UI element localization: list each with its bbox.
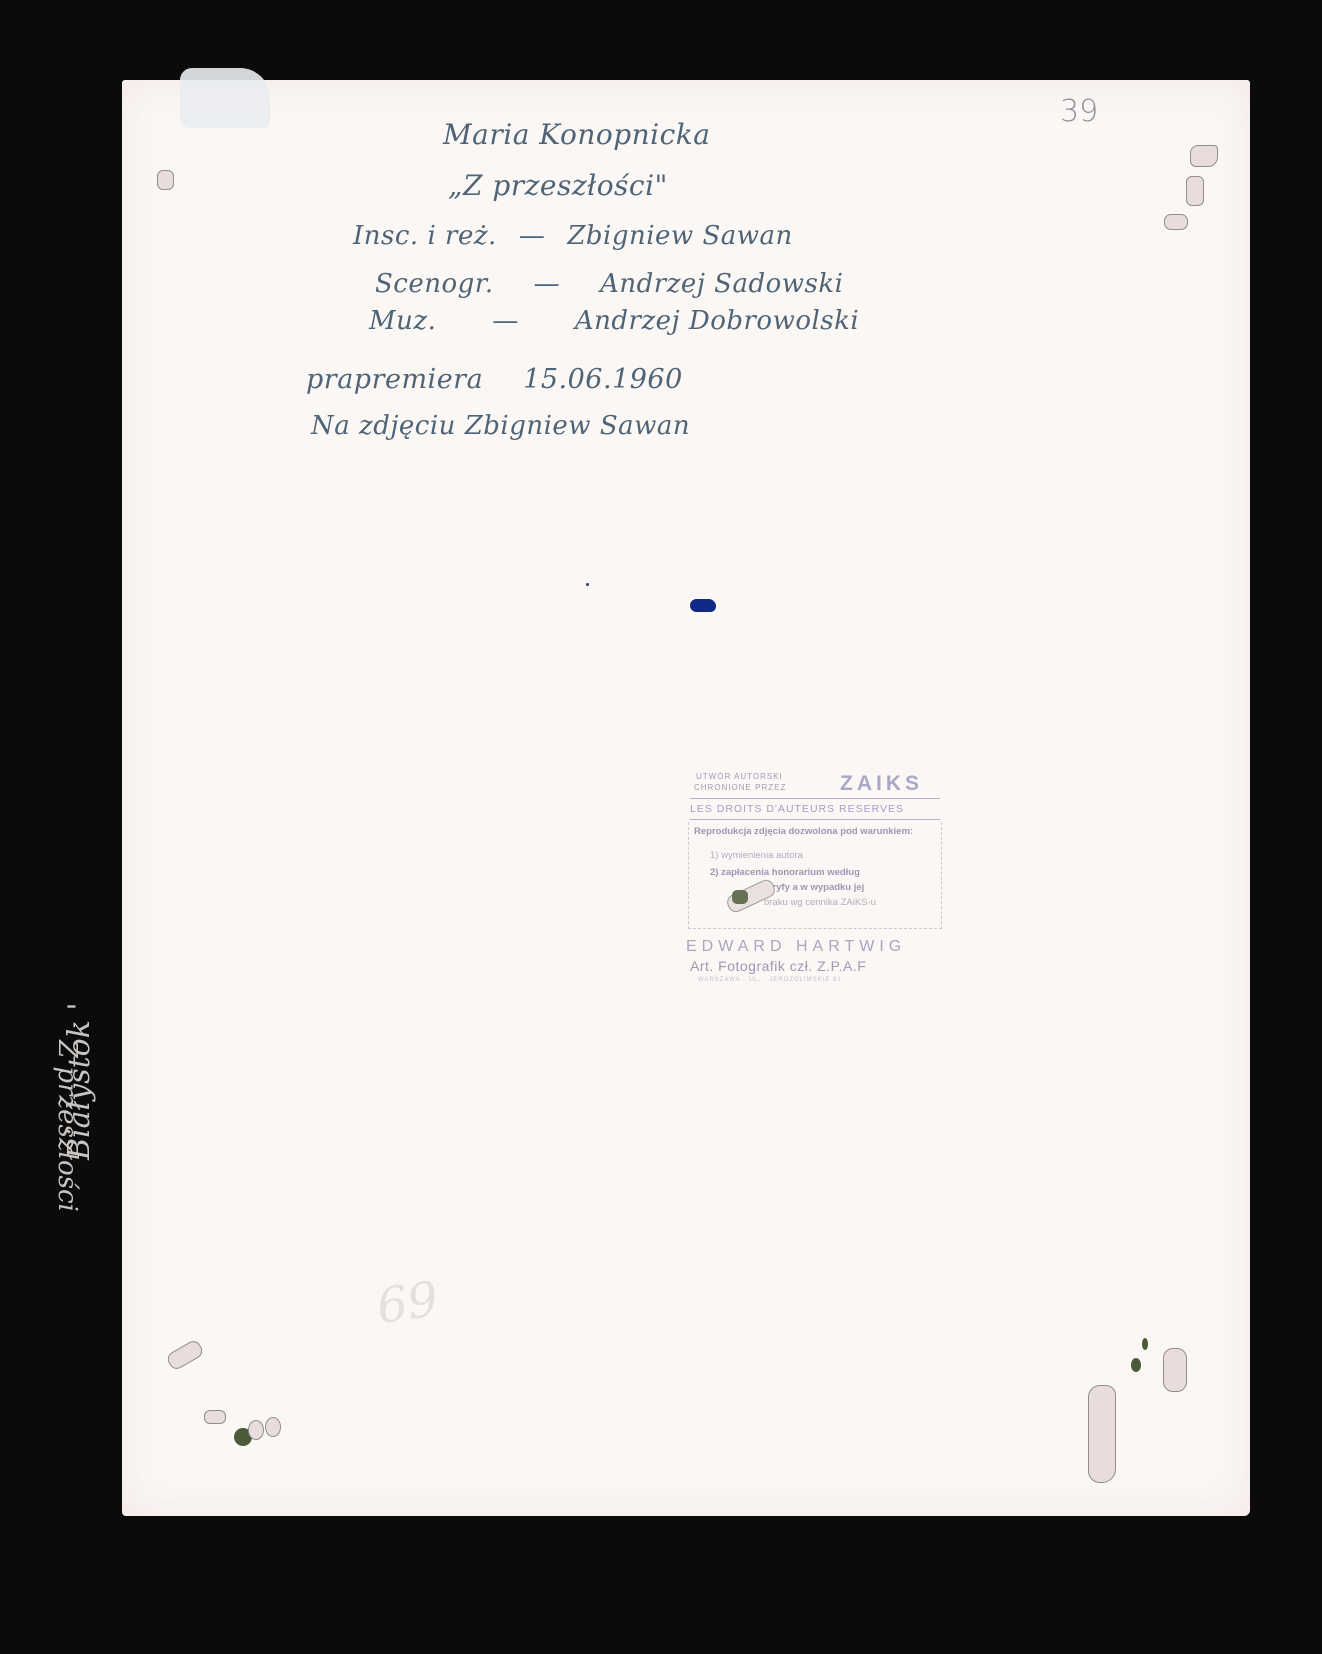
stamp-term1: 1) wymienienia autora: [710, 850, 803, 861]
premiere-line: prapremiera15.06.1960: [306, 364, 683, 395]
stamp-line1: UTWÓR AUTORSKI: [696, 772, 783, 781]
credit-name: Zbigniew Sawan: [567, 221, 792, 251]
paper-damage: [204, 1410, 226, 1424]
stamp-photographer: EDWARD HARTWIG: [686, 938, 906, 956]
stamp-line2: CHRONIONE PRZEZ: [694, 783, 786, 792]
caption-line: Na zdjęciu Zbigniew Sawan: [311, 411, 690, 441]
stamp-term2b: taryfy a w wypadku jej: [764, 882, 864, 893]
premiere-label: prapremiera: [306, 364, 483, 395]
paper-damage: [732, 890, 748, 904]
stamp-photographer-title: Art. Fotografik czł. Z.P.A.F: [690, 958, 866, 974]
stamp-address: WARSZAWA · UL. · JEROZOLIMSKIE 81: [698, 977, 842, 983]
paper-damage: [1088, 1385, 1116, 1483]
credit-name: Andrzej Sadowski: [600, 269, 843, 299]
credit-role: Insc. i reż.: [353, 221, 497, 251]
copyright-stamp: UTWÓR AUTORSKI CHRONIONE PRZEZ ZAIKS LES…: [688, 770, 940, 985]
catalog-number: 39: [1060, 94, 1098, 129]
credit-music: Muz.—Andrzej Dobrowolski: [369, 306, 859, 336]
title-line: „Z przeszłości": [448, 169, 668, 202]
paper-damage: [1190, 145, 1218, 167]
paper-damage: [1142, 1338, 1148, 1350]
premiere-date: 15.06.1960: [523, 364, 683, 395]
paper-damage: [248, 1420, 264, 1440]
stamp-rule: [690, 798, 940, 799]
paper-damage: [157, 170, 174, 190]
tape-remnant: [180, 68, 270, 128]
paper-damage: [1131, 1358, 1141, 1372]
paper-damage: [265, 1417, 281, 1437]
credit-dash: —: [534, 269, 561, 299]
author-line: Maria Konopnicka: [443, 118, 710, 151]
ink-speck: [586, 583, 589, 586]
paper-damage: [1164, 214, 1188, 230]
faint-pencil-number: 69: [373, 1271, 441, 1335]
ink-blot: [690, 599, 716, 612]
stamp-agency: ZAIKS: [840, 772, 923, 796]
stamp-rule: [690, 819, 940, 820]
paper-damage: [1186, 176, 1204, 206]
credit-scenography: Scenogr.—Andrzej Sadowski: [375, 269, 843, 299]
stamp-term2c: braku wg cennika ZAiKS-u: [764, 897, 876, 908]
stamp-rights: LES DROITS D'AUTEURS RESERVES: [690, 803, 904, 815]
paper-damage: [1163, 1348, 1187, 1392]
credit-director: Insc. i reż.—Zbigniew Sawan: [353, 221, 793, 251]
paper-damage: [165, 1338, 205, 1372]
pencil-title-note: Z przeszłości: [52, 1040, 82, 1212]
photo-back-paper: Maria Konopnicka „Z przeszłości" Insc. i…: [122, 80, 1250, 1516]
credit-name: Andrzej Dobrowolski: [575, 306, 859, 336]
stamp-term2a: 2) zapłacenia honorarium według: [710, 867, 860, 878]
credit-role: Scenogr.: [375, 269, 494, 299]
stamp-terms-intro: Reprodukcja zdjęcia dozwolona pod warunk…: [694, 826, 913, 837]
credit-dash: —: [519, 221, 546, 251]
credit-role: Muz.: [369, 306, 436, 336]
credit-dash: —: [492, 306, 519, 336]
